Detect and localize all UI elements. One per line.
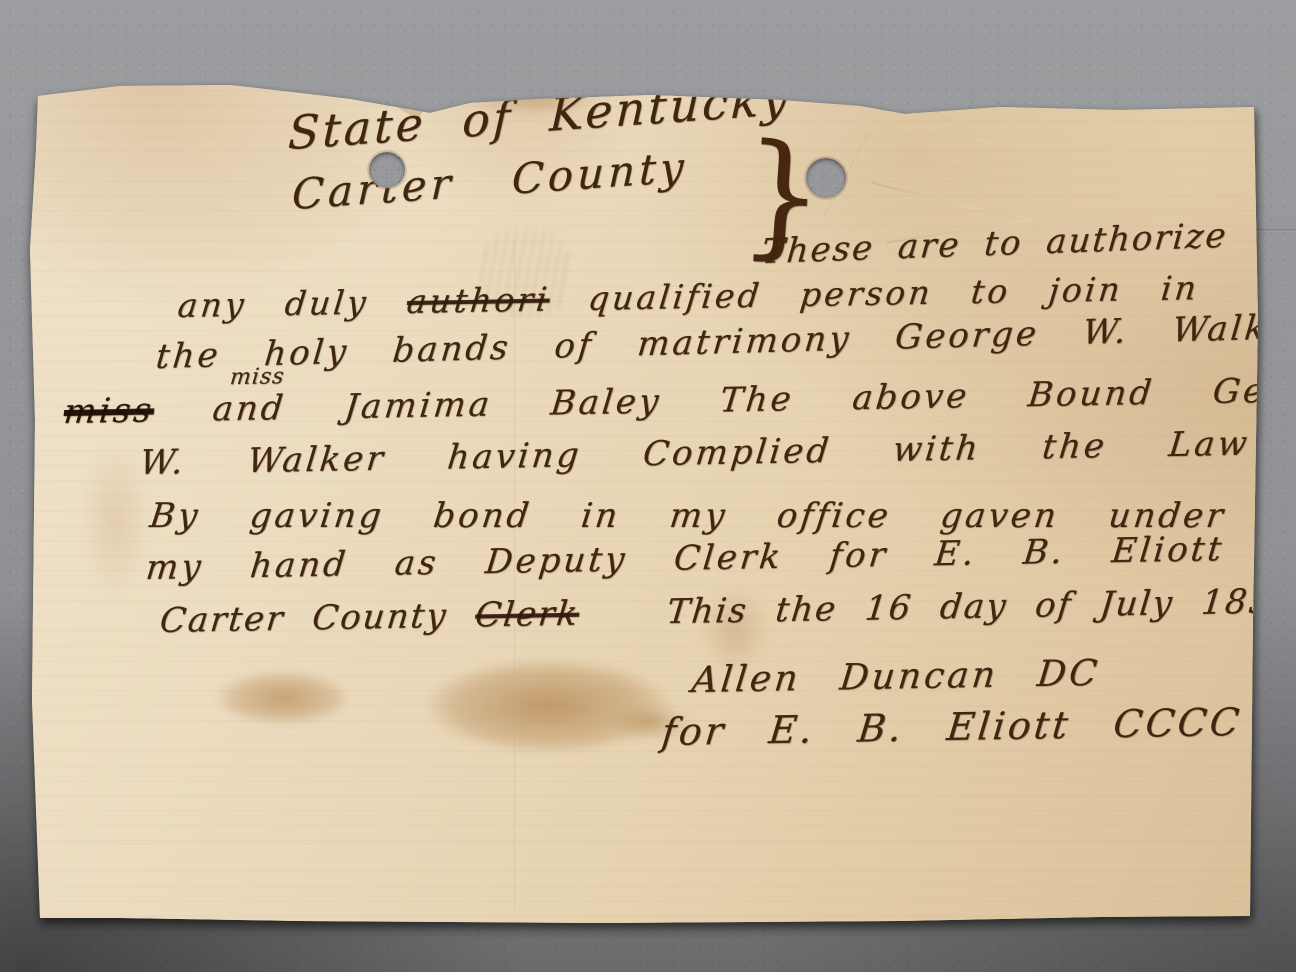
text-line-opening: These are to authorize <box>760 216 1229 272</box>
text-line-hand: my hand as Deputy Clerk for E. B. Eliott <box>144 529 1226 588</box>
photo-background: State of Kentucky Carter County } These … <box>0 0 1296 972</box>
punch-hole-right <box>806 158 846 198</box>
deputy-signature-text: Allen Duncan DC <box>690 653 1102 701</box>
duly-post-text: qualified person to join in <box>586 268 1201 318</box>
text-line-bond: By gaving bond in my office gaven under <box>148 496 1229 536</box>
document-paper-shadow: State of Kentucky Carter County } These … <box>0 0 1296 972</box>
inserted-word: miss <box>229 364 286 390</box>
struck-word: Clerk <box>473 594 581 636</box>
for-clerk-signature-text: for E. B. Eliott CCCC <box>660 700 1245 754</box>
and-text: and <box>211 388 288 429</box>
opening-text: These are to authorize <box>760 216 1229 272</box>
bond-text: By gaving bond in my office gaven under <box>148 496 1229 536</box>
and-with-insertion: missand <box>211 388 288 429</box>
county-clerk-pre-text: Carter County <box>158 596 450 641</box>
heading-state-text: State of Kentucky <box>287 71 791 160</box>
names-rest-text: Jamima Baley The above Bound George <box>342 369 1296 427</box>
stain <box>218 672 348 724</box>
punch-hole-left <box>369 152 405 188</box>
hand-text: my hand as Deputy Clerk for E. B. Eliott <box>144 529 1226 588</box>
text-line-walker: W. Walker having Complied with the Law <box>138 424 1252 483</box>
signature-for-clerk: for E. B. Eliott CCCC <box>660 700 1245 754</box>
crease-line <box>911 96 988 145</box>
signature-deputy: Allen Duncan DC <box>690 653 1102 701</box>
struck-word: miss <box>62 390 156 432</box>
walker-text: W. Walker having Complied with the Law <box>138 424 1252 483</box>
crease-line <box>871 182 978 211</box>
text-line-names: miss missand Jamima Baley The above Boun… <box>62 369 1296 432</box>
duly-pre-text: any duly <box>176 283 371 325</box>
date-text: This the 16 day of July 1853 <box>665 581 1296 632</box>
struck-word: authori <box>405 279 552 321</box>
heading-state-line: State of Kentucky <box>287 71 791 160</box>
stain <box>428 660 668 752</box>
fold-crease-horizontal <box>60 843 1210 845</box>
document-paper: State of Kentucky Carter County } These … <box>0 0 1296 972</box>
